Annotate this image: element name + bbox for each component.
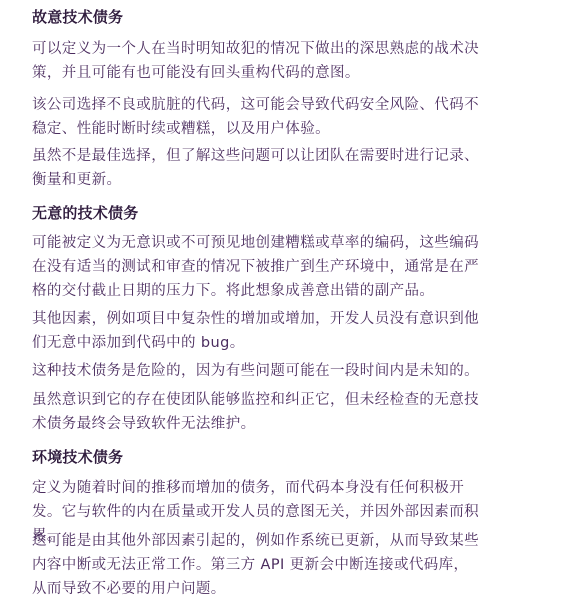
paragraph: 可以定义为一个人在当时明知故犯的情况下做出的深思熟虑的战术决策，并且可能有也可能… <box>32 37 482 85</box>
section-unintentional-debt: 无意的技术债务 可能被定义为无意识或不可预见地创建糟糕或草率的编码，这些编码在没… <box>32 199 482 225</box>
article-content: 故意技术债务 可以定义为一个人在当时明知故犯的情况下做出的深思熟虑的战术决策，并… <box>0 0 576 4</box>
paragraph: 这可能是由其他外部因素引起的，例如作系统已更新，从而导致某些内容中断或无法正常工… <box>32 529 482 600</box>
section-heading: 故意技术债务 <box>32 3 482 29</box>
paragraph: 这种技术债务是危险的，因为有些问题可能在一段时间内是未知的。 <box>32 359 482 383</box>
paragraph: 虽然不是最佳选择，但了解这些问题可以让团队在需要时进行记录、衡量和更新。 <box>32 144 482 192</box>
section-heading: 环境技术债务 <box>32 443 482 469</box>
paragraph: 其他因素，例如项目中复杂性的增加或增加，开发人员没有意识到他们无意中添加到代码中… <box>32 307 482 355</box>
section-heading: 无意的技术债务 <box>32 199 482 225</box>
section-intentional-debt: 故意技术债务 可以定义为一个人在当时明知故犯的情况下做出的深思熟虑的战术决策，并… <box>32 3 482 29</box>
paragraph: 虽然意识到它的存在使团队能够监控和纠正它，但未经检查的无意技术债务最终会导致软件… <box>32 388 482 436</box>
section-environmental-debt: 环境技术债务 定义为随着时间的推移而增加的债务，而代码本身没有任何积极开发。它与… <box>32 443 482 469</box>
paragraph: 该公司选择不良或肮脏的代码，这可能会导致代码安全风险、代码不稳定、性能时断时续或… <box>32 93 482 141</box>
paragraph: 可能被定义为无意识或不可预见地创建糟糕或草率的编码，这些编码在没有适当的测试和审… <box>32 231 482 303</box>
